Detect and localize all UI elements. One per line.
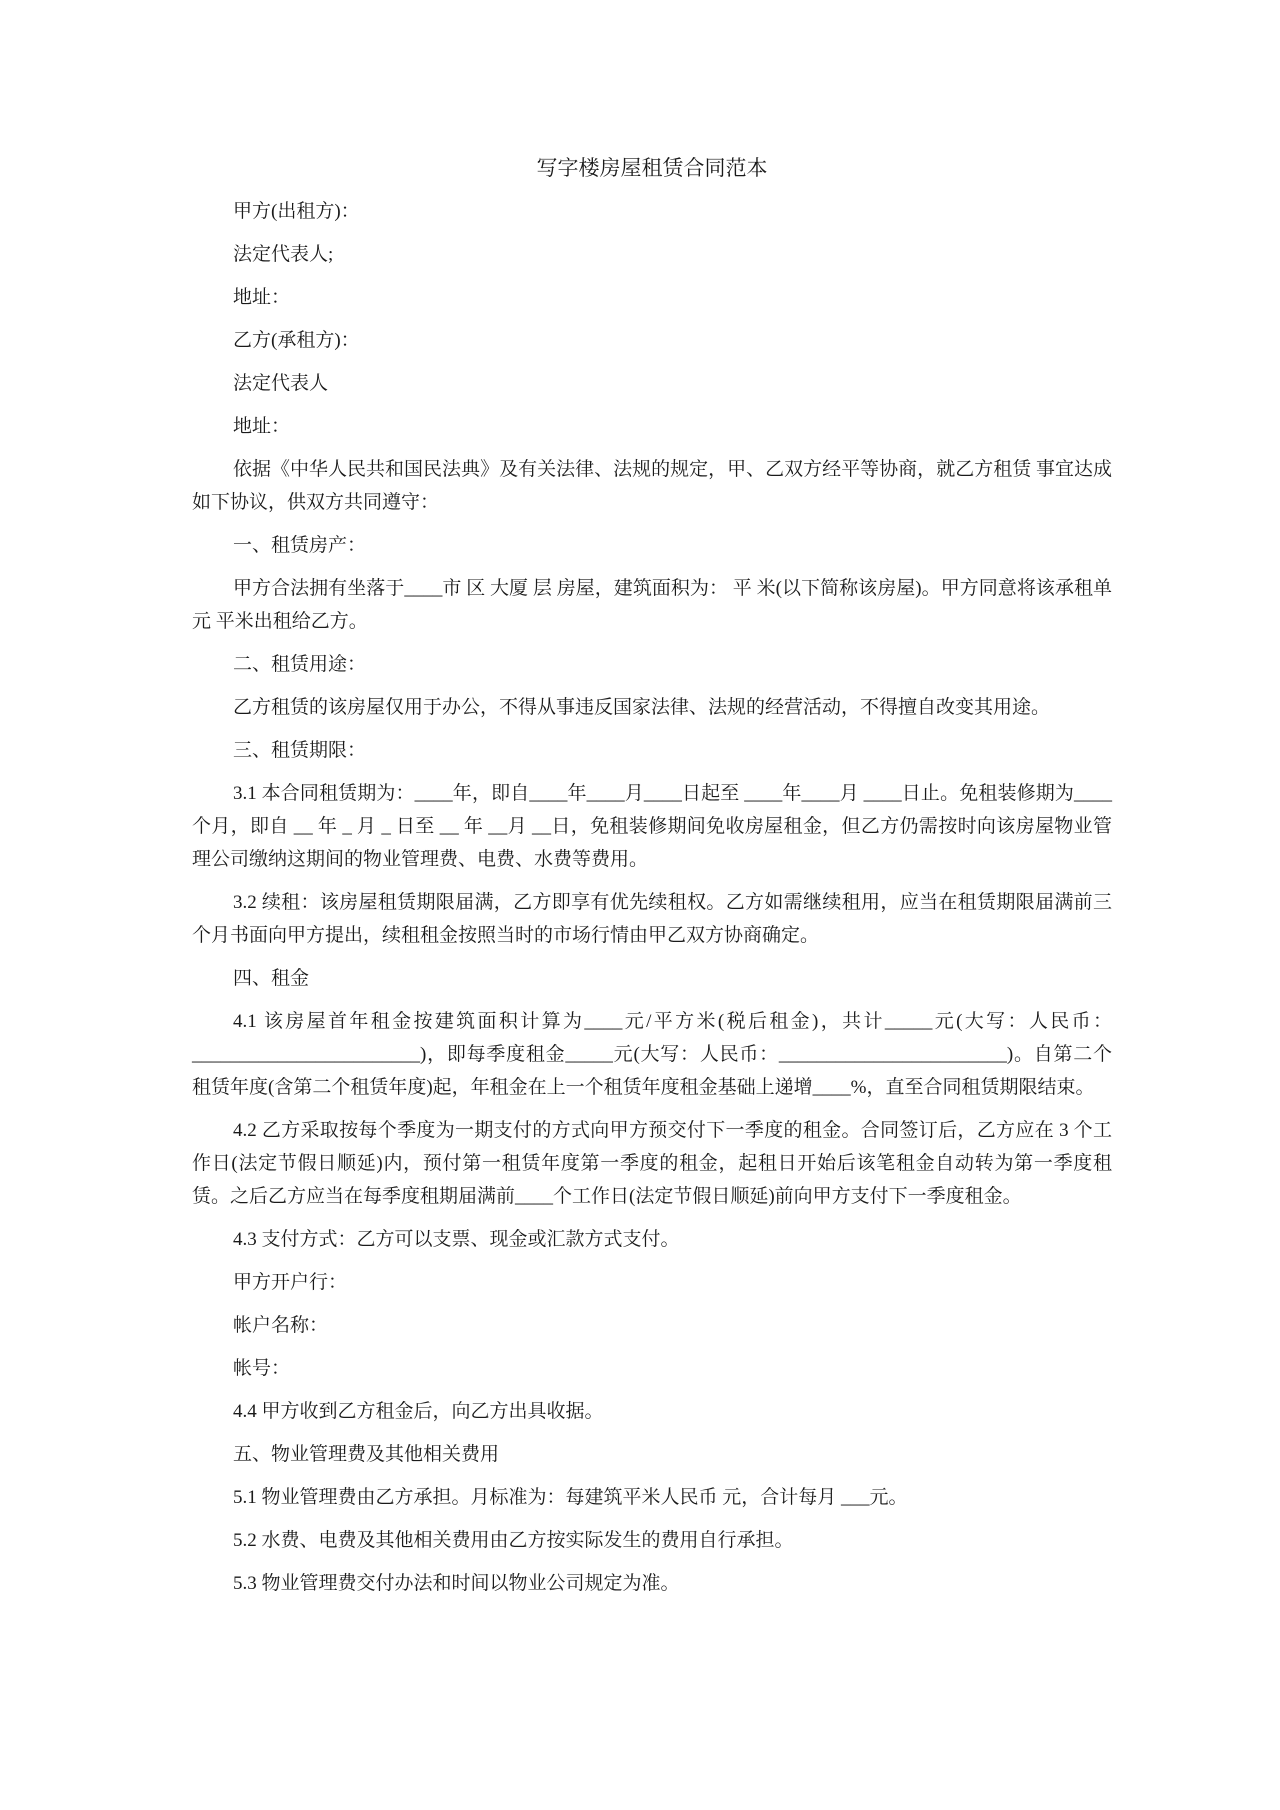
clause-1-1: 甲方合法拥有坐落于____市 区 大厦 层 房屋，建筑面积为： 平 米(以下简称… xyxy=(192,572,1112,638)
party-b-legal-rep: 法定代表人 xyxy=(192,367,1112,400)
clause-5-1: 5.1 物业管理费由乙方承担。月标准为：每建筑平米人民币 元，合计每月 ___元… xyxy=(192,1481,1112,1514)
section-3-heading: 三、租赁期限： xyxy=(192,734,1112,767)
section-5-heading: 五、物业管理费及其他相关费用 xyxy=(192,1438,1112,1471)
party-b-address: 地址： xyxy=(192,410,1112,443)
clause-4-2: 4.2 乙方采取按每个季度为一期支付的方式向甲方预交付下一季度的租金。合同签订后… xyxy=(192,1114,1112,1213)
clause-4-1: 4.1 该房屋首年租金按建筑面积计算为____元/平方米(税后租金)，共计___… xyxy=(192,1005,1112,1104)
section-2-heading: 二、租赁用途： xyxy=(192,648,1112,681)
account-name-label: 帐户名称： xyxy=(192,1309,1112,1342)
party-a-label: 甲方(出租方)： xyxy=(192,195,1112,228)
clause-4-4: 4.4 甲方收到乙方租金后，向乙方出具收据。 xyxy=(192,1395,1112,1428)
clause-5-3: 5.3 物业管理费交付办法和时间以物业公司规定为准。 xyxy=(192,1567,1112,1600)
party-b-label: 乙方(承租方)： xyxy=(192,324,1112,357)
clause-5-2: 5.2 水费、电费及其他相关费用由乙方按实际发生的费用自行承担。 xyxy=(192,1524,1112,1557)
party-a-address: 地址： xyxy=(192,281,1112,314)
document-title: 写字楼房屋租赁合同范本 xyxy=(192,152,1112,185)
clause-4-3: 4.3 支付方式：乙方可以支票、现金或汇款方式支付。 xyxy=(192,1223,1112,1256)
bank-label: 甲方开户行： xyxy=(192,1266,1112,1299)
clause-3-1: 3.1 本合同租赁期为：____年，即自____年____月____日起至 __… xyxy=(192,777,1112,876)
clause-3-2: 3.2 续租：该房屋租赁期限届满，乙方即享有优先续租权。乙方如需继续租用，应当在… xyxy=(192,886,1112,952)
section-1-heading: 一、租赁房产： xyxy=(192,529,1112,562)
clause-2-1: 乙方租赁的该房屋仅用于办公，不得从事违反国家法律、法规的经营活动，不得擅自改变其… xyxy=(192,691,1112,724)
party-a-legal-rep: 法定代表人; xyxy=(192,238,1112,271)
contract-document-page: 写字楼房屋租赁合同范本 甲方(出租方)： 法定代表人; 地址： 乙方(承租方)：… xyxy=(0,0,1280,1810)
section-4-heading: 四、租金 xyxy=(192,962,1112,995)
document-body: 甲方(出租方)： 法定代表人; 地址： 乙方(承租方)： 法定代表人 地址： 依… xyxy=(192,195,1112,1600)
preamble: 依据《中华人民共和国民法典》及有关法律、法规的规定，甲、乙双方经平等协商，就乙方… xyxy=(192,453,1112,519)
account-number-label: 帐号： xyxy=(192,1352,1112,1385)
